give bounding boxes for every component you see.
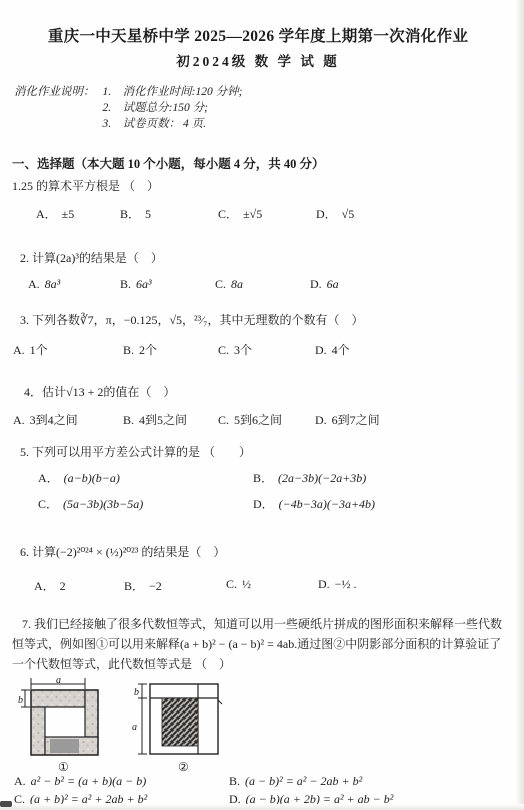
option-label: B. [123, 343, 134, 357]
option-label: B. [123, 413, 134, 427]
option-label: C． [38, 497, 58, 511]
option-text: ±5 [62, 207, 75, 221]
option-d: D.4个 [315, 341, 508, 358]
scan-artifact-mark [0, 801, 12, 807]
option-a: A．(a−b)(b−a) [38, 469, 253, 486]
figure-2-shaded-square: b a ② [124, 676, 226, 774]
option-text: 6a [327, 277, 339, 291]
option-text: 2个 [139, 343, 157, 357]
option-b: B.4到5之间 [123, 411, 218, 428]
instructions-label: 消化作业说明： [14, 84, 95, 132]
option-label: D. [310, 277, 322, 291]
page-subtitle: 初2024级 数 学 试 题 [8, 50, 508, 70]
option-text: 3个 [234, 343, 252, 357]
question-6-options: A．2 B．−2 C.½ D.−½ . [8, 577, 508, 594]
option-a: A.3到4之间 [13, 411, 123, 428]
option-a: A.8a³ [28, 277, 120, 292]
option-label: A． [34, 579, 55, 593]
option-text: 4个 [332, 343, 350, 357]
option-label: C. [215, 277, 226, 291]
option-c: C.8a [215, 277, 310, 292]
option-label: C. [226, 577, 237, 591]
option-text: −2 [149, 579, 162, 593]
question-5-stem: 5. 下列可以用平方差公式计算的是 （ ） [8, 444, 508, 461]
question-7-figures: a b ① [8, 676, 508, 774]
question-1-options: A．±5 B．5 C．±√5 D．√5 [8, 205, 508, 222]
instruction-item: 2. 试题总分:150 分; [103, 100, 243, 116]
scan-edge-bottom [0, 804, 524, 810]
option-text: ±√5 [243, 207, 262, 221]
option-label: A. [28, 277, 40, 291]
option-b: B.6a³ [120, 277, 215, 292]
option-label: B． [253, 471, 273, 485]
option-label: D. [318, 577, 330, 591]
option-a: A.a² − b² = (a + b)(a − b) [14, 774, 229, 789]
option-label: D. [315, 413, 327, 427]
option-a: A．2 [34, 577, 124, 594]
option-text: a² − b² = (a + b)(a − b) [31, 774, 147, 788]
option-text: 8a³ [45, 277, 61, 291]
option-a: A.1个 [13, 341, 123, 358]
option-label: B． [124, 579, 144, 593]
option-label: D． [316, 207, 337, 221]
question-3: 3. 下列各数∛7，π，−0.125，√5，²³⁄₇，其中无理数的个数有（ ） … [8, 312, 508, 358]
question-6: 6. 计算(−2)²⁰²⁴ × (½)²⁰²³ 的结果是（ ） A．2 B．−2… [8, 544, 508, 594]
option-d: D．√5 [316, 205, 508, 222]
option-label: A． [38, 471, 59, 485]
option-text: 5到6之间 [234, 413, 282, 427]
figure-2-caption: ② [178, 760, 189, 774]
exam-page: 重庆一中天星桥中学 2025—2026 学年度上期第一次消化作业 初2024级 … [0, 0, 524, 810]
question-2-stem: 2. 计算(2a)³的结果是（ ） [8, 250, 508, 267]
option-c: C．(5a−3b)(3b−5a) [38, 495, 253, 512]
option-text: (2a−3b)(−2a+3b) [278, 471, 366, 485]
figure-1-pinwheel-square: a b ① [18, 676, 110, 774]
question-7-options: A.a² − b² = (a + b)(a − b) B.(a − b)² = … [8, 774, 508, 807]
option-c: C.½ [226, 577, 318, 594]
figure-2-dim-b-label: b [134, 687, 139, 698]
page-title: 重庆一中天星桥中学 2025—2026 学年度上期第一次消化作业 [8, 24, 508, 46]
option-text: 6到7之间 [332, 413, 380, 427]
question-5: 5. 下列可以用平方差公式计算的是 （ ） A．(a−b)(b−a) B．(2a… [8, 444, 508, 512]
exam-instructions: 消化作业说明： 1. 消化作业时间:120 分钟; 2. 试题总分:150 分;… [8, 84, 508, 132]
instructions-items: 1. 消化作业时间:120 分钟; 2. 试题总分:150 分; 3. 试卷页数… [103, 84, 243, 132]
instruction-item: 3. 试卷页数： 4 页. [103, 116, 243, 132]
question-7: 7. 我们已经接触了很多代数恒等式，知道可以用一些硬纸片拼成的图形面积来解释一些… [8, 614, 508, 807]
question-3-stem: 3. 下列各数∛7，π，−0.125，√5，²³⁄₇，其中无理数的个数有（ ） [8, 312, 508, 329]
option-text: 4到5之间 [139, 413, 187, 427]
figure-1-dim-b-label: b [18, 695, 23, 706]
option-label: C. [218, 413, 229, 427]
option-text: (−4b−3a)(−3a+4b) [279, 497, 375, 511]
option-a: A．±5 [36, 205, 120, 222]
option-label: A． [36, 207, 57, 221]
figure-2-dim-a-label: a [132, 722, 137, 733]
option-text: 1个 [30, 343, 48, 357]
option-text: (5a−3b)(3b−5a) [63, 497, 143, 511]
option-text: 5 [145, 207, 151, 221]
option-label: A. [13, 343, 25, 357]
option-label: C． [218, 207, 238, 221]
option-b: B．−2 [124, 577, 226, 594]
option-text: 8a [231, 277, 243, 291]
question-5-options: A．(a−b)(b−a) B．(2a−3b)(−2a+3b) C．(5a−3b)… [8, 469, 508, 512]
option-text: (a − b)² = a² − 2ab + b² [245, 774, 362, 788]
scan-edge-right [516, 0, 524, 810]
option-d: D．(−4b−3a)(−3a+4b) [253, 495, 508, 512]
instruction-item: 1. 消化作业时间:120 分钟; [103, 84, 243, 100]
option-text: (a−b)(b−a) [64, 471, 120, 485]
option-label: B． [120, 207, 140, 221]
question-3-options: A.1个 B.2个 C.3个 D.4个 [8, 341, 508, 358]
option-text: −½ . [335, 577, 357, 591]
option-d: D.6a [310, 277, 508, 292]
question-4-options: A.3到4之间 B.4到5之间 C.5到6之间 D.6到7之间 [8, 411, 508, 428]
option-text: 3到4之间 [30, 413, 78, 427]
question-7-stem: 7. 我们已经接触了很多代数恒等式，知道可以用一些硬纸片拼成的图形面积来解释一些… [8, 614, 508, 674]
option-label: B. [120, 277, 131, 291]
question-1-stem: 1.25 的算术平方根是 （ ） [8, 178, 508, 195]
section-one-heading: 一、选择题（本大题 10 个小题，每小题 4 分，共 40 分） [8, 154, 508, 172]
option-c: C．±√5 [218, 205, 316, 222]
option-text: 6a³ [136, 277, 152, 291]
option-b: B.(a − b)² = a² − 2ab + b² [229, 774, 508, 789]
option-text: √5 [342, 207, 355, 221]
option-label: C. [218, 343, 229, 357]
option-b: B．(2a−3b)(−2a+3b) [253, 469, 508, 486]
option-text: 2 [60, 579, 66, 593]
question-6-stem: 6. 计算(−2)²⁰²⁴ × (½)²⁰²³ 的结果是（ ） [8, 544, 508, 561]
option-label: A. [14, 774, 26, 788]
question-4-stem: 4．估计√13 + 2的值在（ ） [8, 384, 508, 401]
figure-1-dim-a-label: a [56, 676, 61, 686]
option-b: B．5 [120, 205, 218, 222]
option-d: D.6到7之间 [315, 411, 508, 428]
question-2: 2. 计算(2a)³的结果是（ ） A.8a³ B.6a³ C.8a D.6a [8, 250, 508, 292]
option-label: D． [253, 497, 274, 511]
option-label: A. [13, 413, 25, 427]
option-label: D. [315, 343, 327, 357]
option-d: D.−½ . [318, 577, 508, 594]
figure-1-caption: ① [58, 760, 69, 774]
question-2-options: A.8a³ B.6a³ C.8a D.6a [8, 277, 508, 292]
question-1: 1.25 的算术平方根是 （ ） A．±5 B．5 C．±√5 D．√5 [8, 178, 508, 222]
option-b: B.2个 [123, 341, 218, 358]
option-c: C.5到6之间 [218, 411, 315, 428]
option-c: C.3个 [218, 341, 315, 358]
option-text: ½ [242, 577, 251, 591]
question-4: 4．估计√13 + 2的值在（ ） A.3到4之间 B.4到5之间 C.5到6之… [8, 384, 508, 428]
option-label: B. [229, 774, 240, 788]
